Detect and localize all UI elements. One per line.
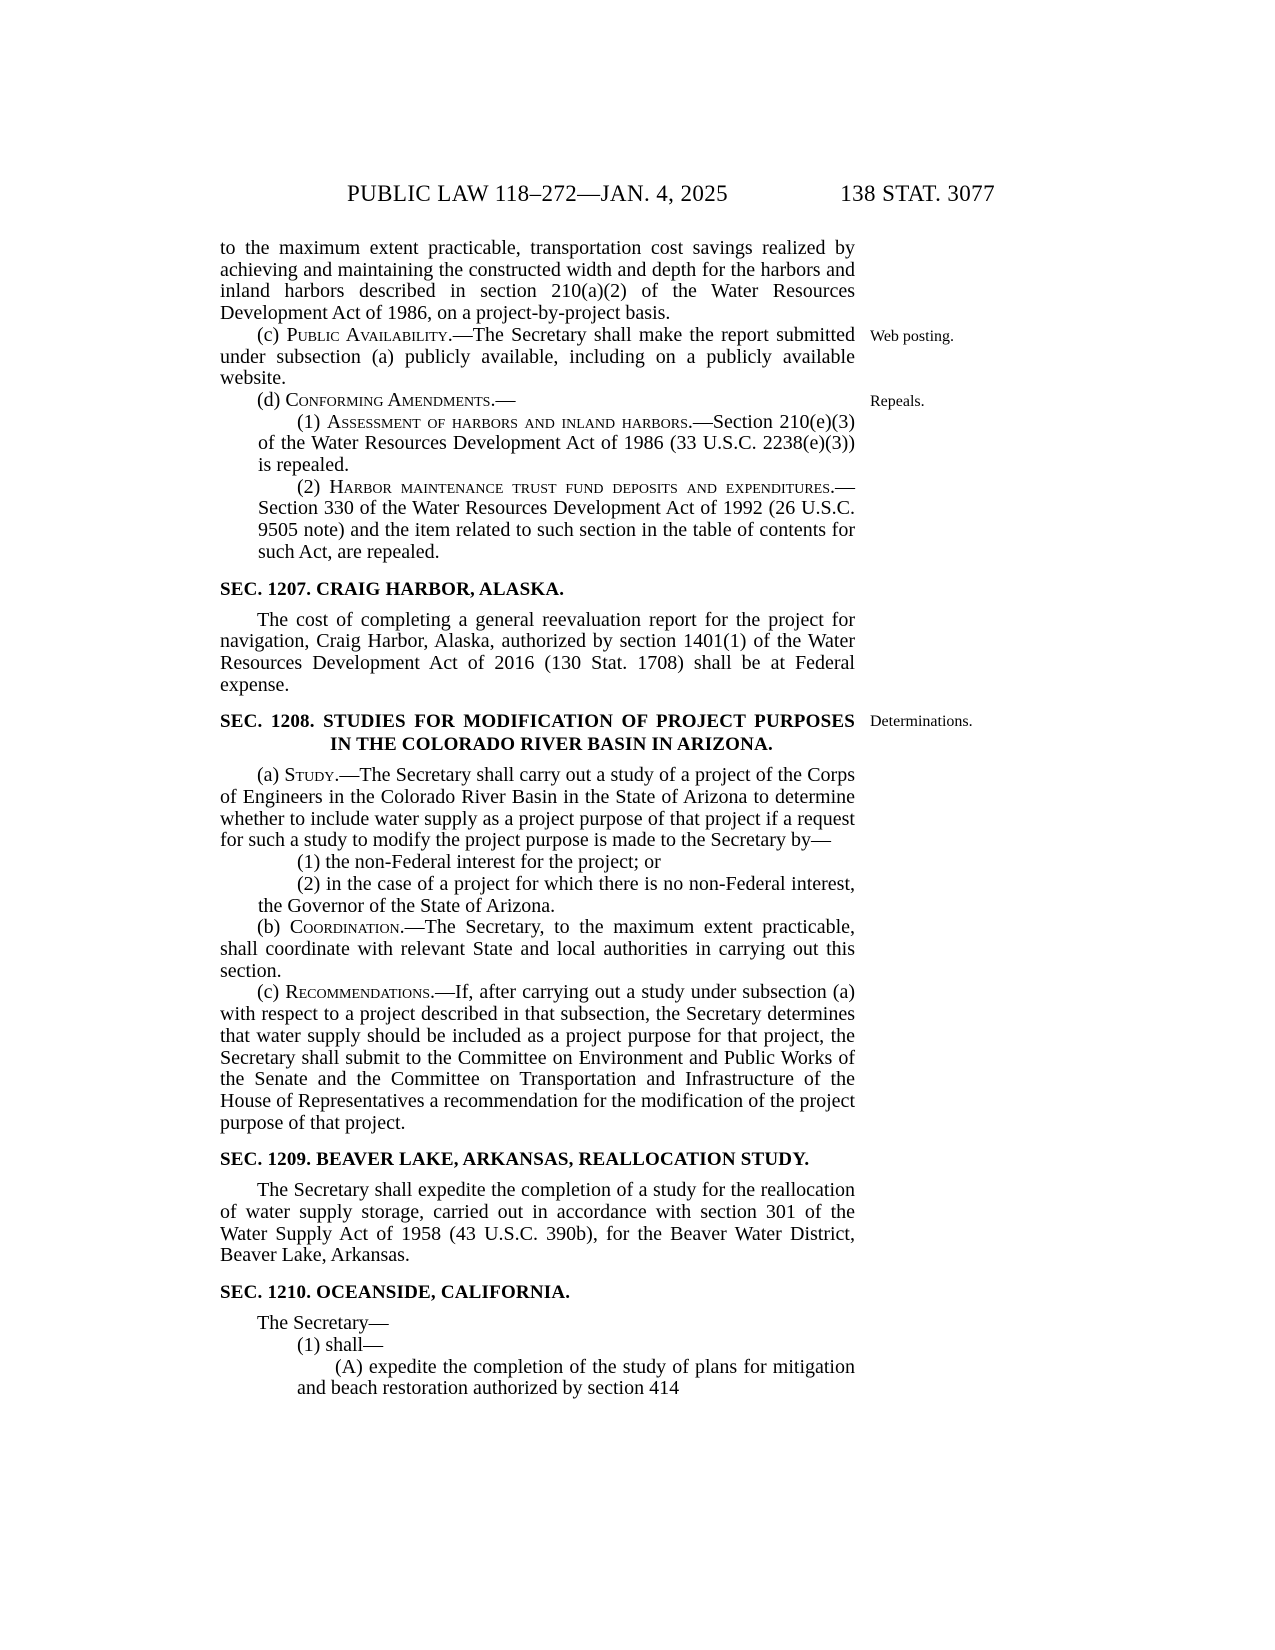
stat-citation: 138 STAT. 3077 (840, 181, 995, 207)
statute-paragraph: Web posting.(c) Public Availability.—The… (220, 325, 855, 390)
statute-paragraph: (c) Recommendations.—If, after carrying … (220, 982, 855, 1134)
section-heading-1207: SEC. 1207. CRAIG HARBOR, ALASKA. (220, 578, 855, 601)
section-heading-1210: SEC. 1210. OCEANSIDE, CALIFORNIA. (220, 1281, 855, 1304)
margin-note-web-posting: Web posting. (870, 327, 1010, 346)
statute-paragraph: to the maximum extent practicable, trans… (220, 238, 855, 325)
statute-page: PUBLIC LAW 118–272—JAN. 4, 2025 138 STAT… (0, 0, 1275, 1650)
statute-paragraph: (b) Coordination.—The Secretary, to the … (220, 917, 855, 982)
statute-paragraph: Repeals.(d) Conforming Amendments.— (220, 390, 855, 412)
page-header: PUBLIC LAW 118–272—JAN. 4, 2025 138 STAT… (220, 181, 995, 211)
statute-paragraph: (2) Harbor maintenance trust fund deposi… (258, 477, 855, 564)
statute-paragraph: (A) expedite the completion of the study… (297, 1357, 855, 1400)
law-title: PUBLIC LAW 118–272—JAN. 4, 2025 (220, 181, 855, 207)
section-heading-1208: Determinations.SEC. 1208. STUDIES FOR MO… (220, 710, 855, 756)
statute-paragraph: (1) the non-Federal interest for the pro… (258, 852, 855, 874)
statute-paragraph: The Secretary shall expedite the complet… (220, 1180, 855, 1267)
statute-paragraph: (1) Assessment of harbors and inland har… (258, 412, 855, 477)
statute-paragraph: The cost of completing a general reevalu… (220, 610, 855, 697)
margin-note-determinations: Determinations. (870, 712, 1010, 731)
statute-paragraph: (2) in the case of a project for which t… (258, 874, 855, 917)
margin-note-repeals: Repeals. (870, 392, 1010, 411)
statute-body: to the maximum extent practicable, trans… (220, 238, 855, 1400)
section-heading-1209: SEC. 1209. BEAVER LAKE, ARKANSAS, REALLO… (220, 1148, 855, 1171)
statute-paragraph: (1) shall— (258, 1335, 855, 1357)
statute-paragraph: The Secretary— (220, 1313, 855, 1335)
statute-paragraph: (a) Study.—The Secretary shall carry out… (220, 765, 855, 852)
